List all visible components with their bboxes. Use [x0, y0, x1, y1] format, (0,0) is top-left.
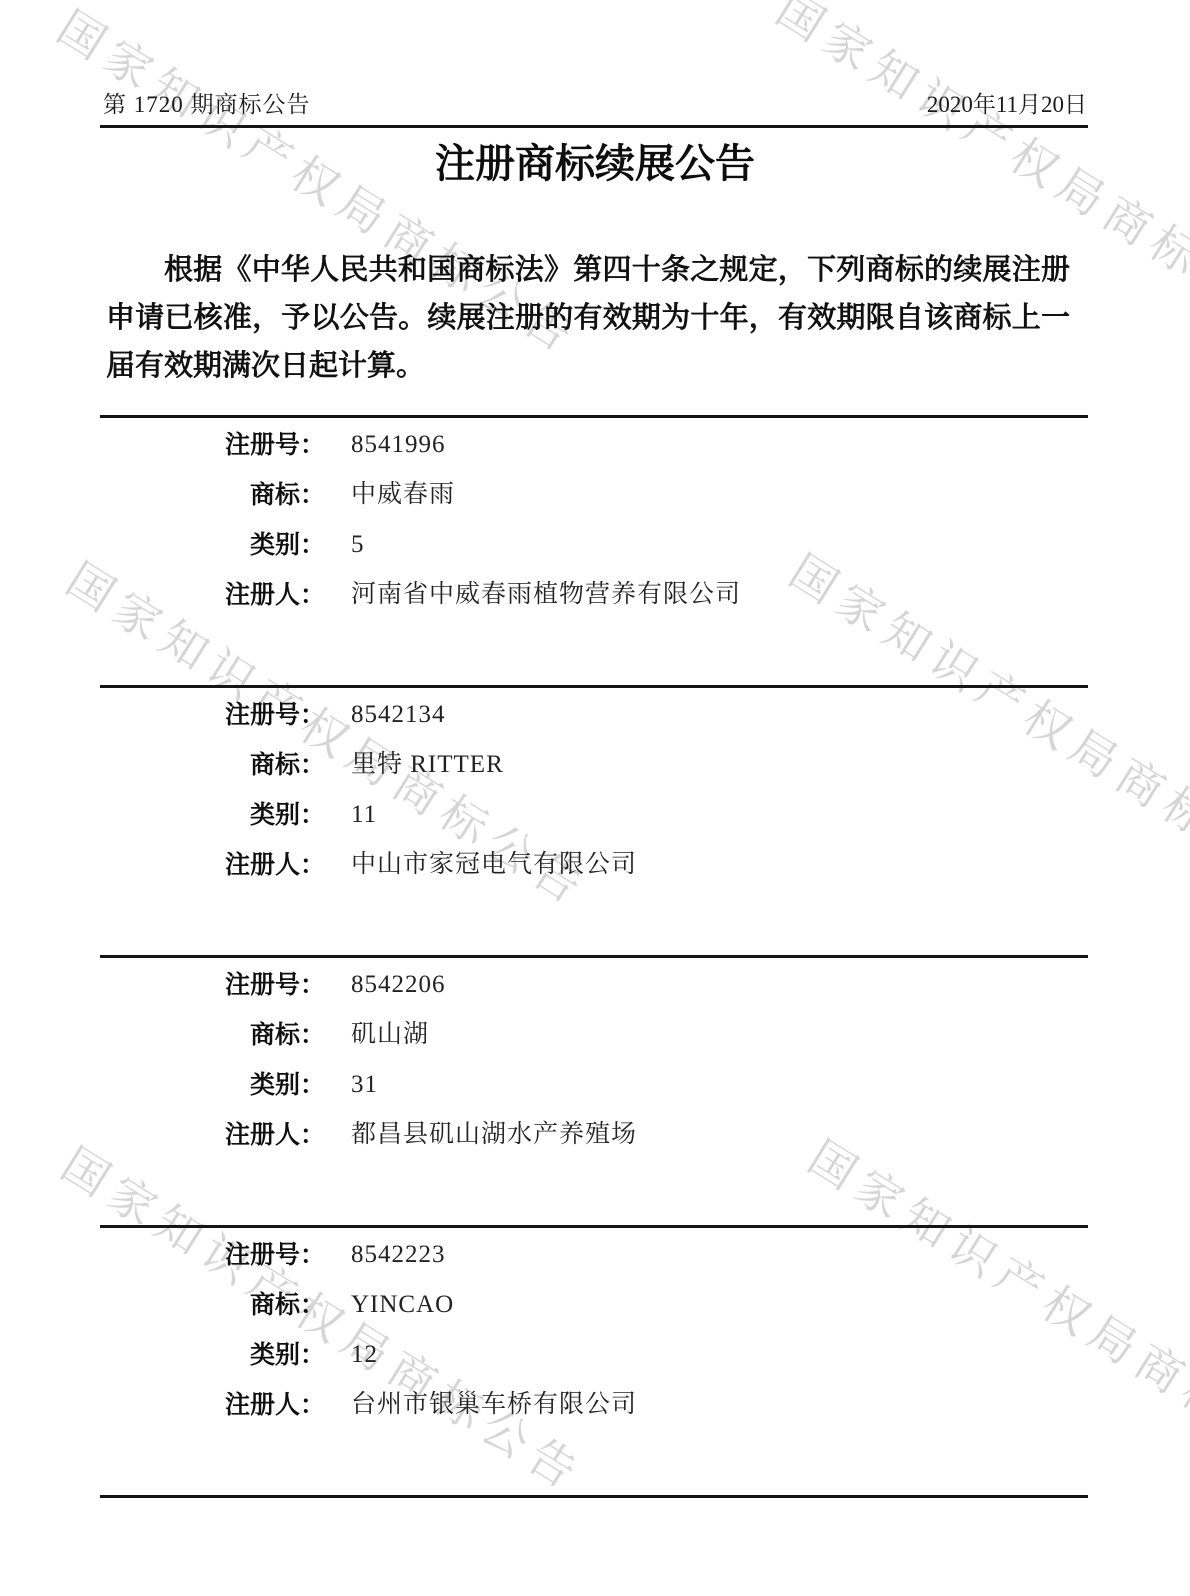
field-value-trademark: 矶山湖 [351, 1010, 429, 1060]
field-value-reg-no: 8542134 [351, 690, 446, 740]
gazette-issue-label: 第 1720 期商标公告 [103, 86, 311, 119]
field-value-class: 12 [351, 1330, 378, 1380]
record-row-reg-no: 注册号： 8542206 [100, 960, 1088, 1010]
field-label-reg-no: 注册号： [100, 690, 325, 740]
document-page: 国家知识产权局商标公告 国家知识产权局商标公告 国家知识产权局商标公告 国家知识… [0, 0, 1190, 1596]
field-value-registrant: 台州市银巢车桥有限公司 [351, 1380, 637, 1430]
records-list: 注册号： 8541996 商标： 中威春雨 类别： 5 注册人： 河南省中威春雨… [100, 415, 1088, 1498]
field-label-reg-no: 注册号： [100, 960, 325, 1010]
record-row-registrant: 注册人： 台州市银巢车桥有限公司 [100, 1380, 1088, 1430]
record-row-class: 类别： 11 [100, 790, 1088, 840]
field-value-class: 5 [351, 520, 365, 570]
field-value-registrant: 河南省中威春雨植物营养有限公司 [351, 570, 741, 620]
record-row-registrant: 注册人： 都昌县矶山湖水产养殖场 [100, 1110, 1088, 1160]
field-label-trademark: 商标： [100, 470, 325, 520]
trademark-record: 注册号： 8542206 商标： 矶山湖 类别： 31 注册人： 都昌县矶山湖水… [100, 955, 1088, 1225]
record-row-class: 类别： 5 [100, 520, 1088, 570]
content-layer: 第 1720 期商标公告 2020年11月20日 注册商标续展公告 根据《中华人… [0, 0, 1190, 1596]
field-value-reg-no: 8542223 [351, 1230, 446, 1280]
field-value-class: 11 [351, 790, 377, 840]
field-value-registrant: 中山市家冠电气有限公司 [351, 840, 637, 890]
field-value-trademark: 中威春雨 [351, 470, 455, 520]
field-label-reg-no: 注册号： [100, 420, 325, 470]
intro-paragraph: 根据《中华人民共和国商标法》第四十条之规定，下列商标的续展注册申请已核准，予以公… [106, 246, 1070, 390]
field-label-reg-no: 注册号： [100, 1230, 325, 1280]
field-label-trademark: 商标： [100, 1010, 325, 1060]
trademark-record: 注册号： 8542134 商标： 里特 RITTER 类别： 11 注册人： 中… [100, 685, 1088, 955]
record-row-class: 类别： 31 [100, 1060, 1088, 1110]
record-row-trademark: 商标： 矶山湖 [100, 1010, 1088, 1060]
record-row-trademark: 商标： 中威春雨 [100, 470, 1088, 520]
field-label-class: 类别： [100, 1330, 325, 1380]
field-value-trademark: YINCAO [351, 1280, 454, 1330]
field-label-registrant: 注册人： [100, 1110, 325, 1160]
trademark-record: 注册号： 8542223 商标： YINCAO 类别： 12 注册人： 台州市银… [100, 1225, 1088, 1495]
field-label-registrant: 注册人： [100, 570, 325, 620]
record-row-registrant: 注册人： 中山市家冠电气有限公司 [100, 840, 1088, 890]
record-row-class: 类别： 12 [100, 1330, 1088, 1380]
bottom-rule [100, 1495, 1088, 1498]
header-rule [100, 125, 1088, 128]
field-value-trademark: 里特 RITTER [351, 740, 504, 790]
field-value-reg-no: 8541996 [351, 420, 446, 470]
trademark-record: 注册号： 8541996 商标： 中威春雨 类别： 5 注册人： 河南省中威春雨… [100, 415, 1088, 685]
publication-date: 2020年11月20日 [927, 86, 1087, 119]
field-value-reg-no: 8542206 [351, 960, 446, 1010]
field-value-registrant: 都昌县矶山湖水产养殖场 [351, 1110, 637, 1160]
record-row-trademark: 商标： 里特 RITTER [100, 740, 1088, 790]
field-value-class: 31 [351, 1060, 378, 1110]
record-row-trademark: 商标： YINCAO [100, 1280, 1088, 1330]
record-row-reg-no: 注册号： 8541996 [100, 420, 1088, 470]
field-label-trademark: 商标： [100, 1280, 325, 1330]
field-label-class: 类别： [100, 790, 325, 840]
field-label-registrant: 注册人： [100, 1380, 325, 1430]
field-label-trademark: 商标： [100, 740, 325, 790]
field-label-class: 类别： [100, 1060, 325, 1110]
field-label-registrant: 注册人： [100, 840, 325, 890]
record-row-registrant: 注册人： 河南省中威春雨植物营养有限公司 [100, 570, 1088, 620]
page-title: 注册商标续展公告 [0, 140, 1190, 188]
record-row-reg-no: 注册号： 8542134 [100, 690, 1088, 740]
record-row-reg-no: 注册号： 8542223 [100, 1230, 1088, 1280]
field-label-class: 类别： [100, 520, 325, 570]
